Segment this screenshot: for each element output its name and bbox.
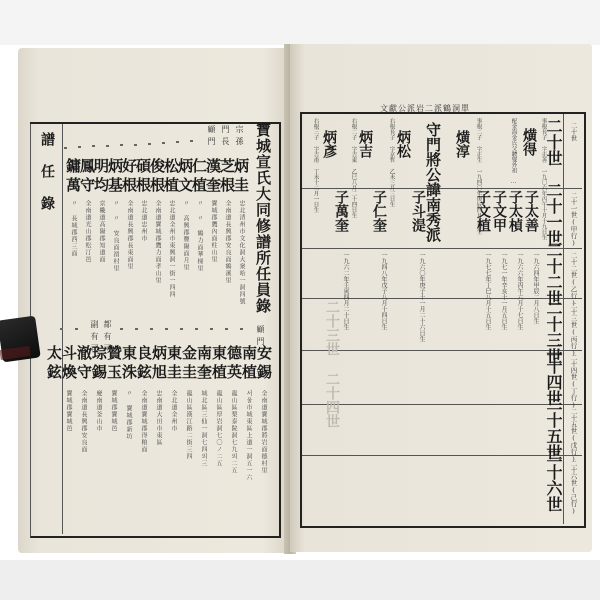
- left-top-rule: [30, 122, 280, 124]
- member-address: 忠北清州市文化洞大衆哈一洞四號: [238, 200, 244, 305]
- role-label: 顧門: [207, 125, 215, 149]
- role-label: 門長: [221, 125, 229, 149]
- row-divider: [302, 404, 564, 405]
- member-name: 贊玉: [106, 345, 121, 383]
- member-address: 全南道寶城郡將岩面德村里: [260, 390, 266, 474]
- member-address: 〃 〃 鶴力面華梯里: [196, 200, 202, 272]
- member-address: 京畿道高陽郡知道面: [98, 200, 104, 263]
- member-address: 忠南道大田市東區: [155, 390, 161, 446]
- person-name: 熿淳: [455, 130, 469, 158]
- generation-label: 二十六世: [545, 448, 561, 512]
- ditto-mark: [60, 328, 63, 330]
- generation-sublabel: 二十四世(丁行): [570, 354, 577, 409]
- background-top: [0, 0, 600, 45]
- member-name: 南奎: [196, 345, 211, 383]
- member-name: 良鉉: [136, 345, 151, 383]
- sidebar-label: 譜任錄: [40, 132, 54, 228]
- birth-date: 一九四八年戊子八月十四日生: [380, 252, 386, 330]
- member-address: 全南道寶城郡鷹力面孝山里: [154, 200, 160, 284]
- member-address: 慶南道釜山市: [95, 390, 101, 432]
- member-name: 斗煥: [61, 345, 76, 383]
- ditto-mark: [135, 328, 138, 330]
- page-title: 寶城宣氏大同修譜所任員錄: [255, 122, 270, 314]
- entry-note: 右根二子 字吉東 乙巳八月二十四日生: [350, 118, 356, 218]
- ditto-mark: [150, 328, 153, 330]
- member-address: 龍山區梨泰院洞七九의二五: [230, 390, 236, 474]
- member-address: 城北區三仙一洞七四의三: [200, 390, 206, 467]
- generation-label: 二十一世: [545, 182, 561, 246]
- member-address: 全南道寶城郡得粮面: [140, 390, 146, 453]
- ditto-mark: [225, 328, 228, 330]
- ditto-mark: [106, 145, 109, 147]
- ditto-mark: [120, 144, 123, 146]
- ditto-mark: [64, 147, 67, 149]
- member-name: 太鉉: [46, 345, 61, 383]
- entry-spouse: 配金海金氏父駿燮外祖 …: [510, 118, 516, 185]
- generation-sublabel: 二十三世(丙行): [570, 302, 577, 357]
- generation-label: 二十二世: [545, 242, 561, 306]
- person-name: 子萬奎: [334, 190, 348, 232]
- member-address: 寶城郡寶城邑: [110, 390, 116, 432]
- generation-sublabel: 二十一世(甲行): [570, 192, 577, 247]
- generation-sublabel: 二十世: [570, 122, 577, 142]
- entry-note: 事根長子 字正善 一九〇六年丙午十月十九日生: [540, 118, 546, 240]
- person-name: 子文甲: [492, 190, 506, 232]
- member-address: 〃 長城郡西三面: [70, 200, 76, 257]
- generation-sublabel: 二十六世(己行): [570, 460, 577, 515]
- generation-column-divider: [563, 114, 564, 524]
- member-address: 〃 寶城郡新坊: [125, 390, 131, 440]
- member-name: 琮錫: [91, 345, 106, 383]
- member-name: 鏞萬: [65, 158, 80, 196]
- background-bottom: [0, 560, 600, 600]
- generation-sublabel: 二十二世(乙行): [570, 252, 577, 307]
- ditto-mark: [210, 328, 213, 330]
- birth-date: 一九六二年壬寅四月二十日生: [342, 252, 348, 330]
- member-address: 全南道光山郡松汀邑: [84, 200, 90, 263]
- person-name: 炳彥: [322, 130, 336, 158]
- entry-note: 右根三子 字吉甫 丁未十二月一日生: [312, 118, 318, 213]
- member-name: 炳旭: [151, 345, 166, 383]
- person-name: 子斗湜: [411, 190, 425, 232]
- ditto-mark: [195, 328, 198, 330]
- ditto-mark: [190, 140, 193, 142]
- ditto-mark: [92, 145, 95, 147]
- member-address: 忠北道全州市東興洞一街一四四: [168, 200, 174, 298]
- bleed-through-text: 二十三世 二十四世: [325, 300, 339, 428]
- ditto-mark: [134, 144, 137, 146]
- member-address: 全北道全州市: [170, 390, 176, 432]
- row-divider: [302, 350, 564, 351]
- person-name: 炳吉: [358, 130, 372, 158]
- member-address: 全南道長興郡長東面里: [126, 200, 132, 270]
- ditto-mark: [162, 142, 165, 144]
- person-name: 子太善: [524, 190, 538, 232]
- member-address: 서울市城東區上道一洞五一六: [245, 390, 251, 481]
- ditto-mark: [120, 328, 123, 330]
- generation-sublabel: 二十五世(戊行): [570, 408, 577, 463]
- row-divider: [302, 455, 564, 456]
- member-address: 寶城郡鷹內面柱山里: [210, 200, 216, 263]
- row-divider: [564, 248, 582, 249]
- member-address: 全南道長興郡安良面鶴溪里: [224, 200, 230, 284]
- ditto-mark: [180, 328, 183, 330]
- row-divider: [302, 248, 564, 249]
- member-address: 龍山區漢江路二街三四: [185, 390, 191, 460]
- member-address: 全南道長興郡安良面: [80, 390, 86, 453]
- member-name: 金圭: [181, 345, 196, 383]
- birth-date: 一九六〇年庚子十一月二十六日生: [418, 252, 424, 342]
- member-address: 〃 〃 安良面渭村里: [112, 200, 118, 272]
- member-name: 東洙: [121, 345, 136, 383]
- ditto-mark: [148, 143, 151, 145]
- person-name: 炳松: [396, 130, 410, 158]
- person-name: 熿得: [522, 128, 536, 156]
- birth-date: 一九六四年甲辰二月八日生: [532, 252, 538, 324]
- birth-date: 一九六六年丙午六月十七日生: [516, 252, 522, 330]
- generation-label: 二十世: [545, 118, 561, 166]
- ditto-mark: [240, 328, 243, 330]
- member-address: 寶城郡寶城邑: [65, 390, 71, 432]
- member-address: 忠北道忠州市: [140, 200, 146, 242]
- member-address: 龍山區厚岩洞七〇ノ二五: [215, 390, 221, 467]
- member-name: 安錫: [256, 345, 271, 383]
- row-divider: [564, 188, 582, 189]
- ditto-mark: [176, 141, 179, 143]
- role-label: 宗孫: [235, 125, 243, 149]
- person-name: 子太楨: [508, 190, 522, 232]
- birth-date: 一九七一年辛亥十一月五日生: [500, 252, 506, 330]
- entry-note: 右根長子 字京哲 乙未三月三日生: [388, 118, 394, 207]
- member-address: 〃 高興郡豐陽面月里: [182, 200, 188, 271]
- member-name: 南植: [241, 345, 256, 383]
- birth-date: 一九七七年丁巳八月十五日生: [484, 252, 490, 330]
- member-name: 澈守: [76, 345, 91, 383]
- member-name: 德英: [226, 345, 241, 383]
- member-name: 東植: [211, 345, 226, 383]
- person-name: 子文植: [476, 190, 490, 232]
- person-name: 子仁奎: [372, 190, 386, 232]
- branch-heading: 守門將公諱南秀派: [425, 122, 440, 242]
- member-name: 東圭: [166, 345, 181, 383]
- ditto-mark: [78, 146, 81, 148]
- ditto-mark: [165, 328, 168, 330]
- ditto-mark: [75, 328, 78, 330]
